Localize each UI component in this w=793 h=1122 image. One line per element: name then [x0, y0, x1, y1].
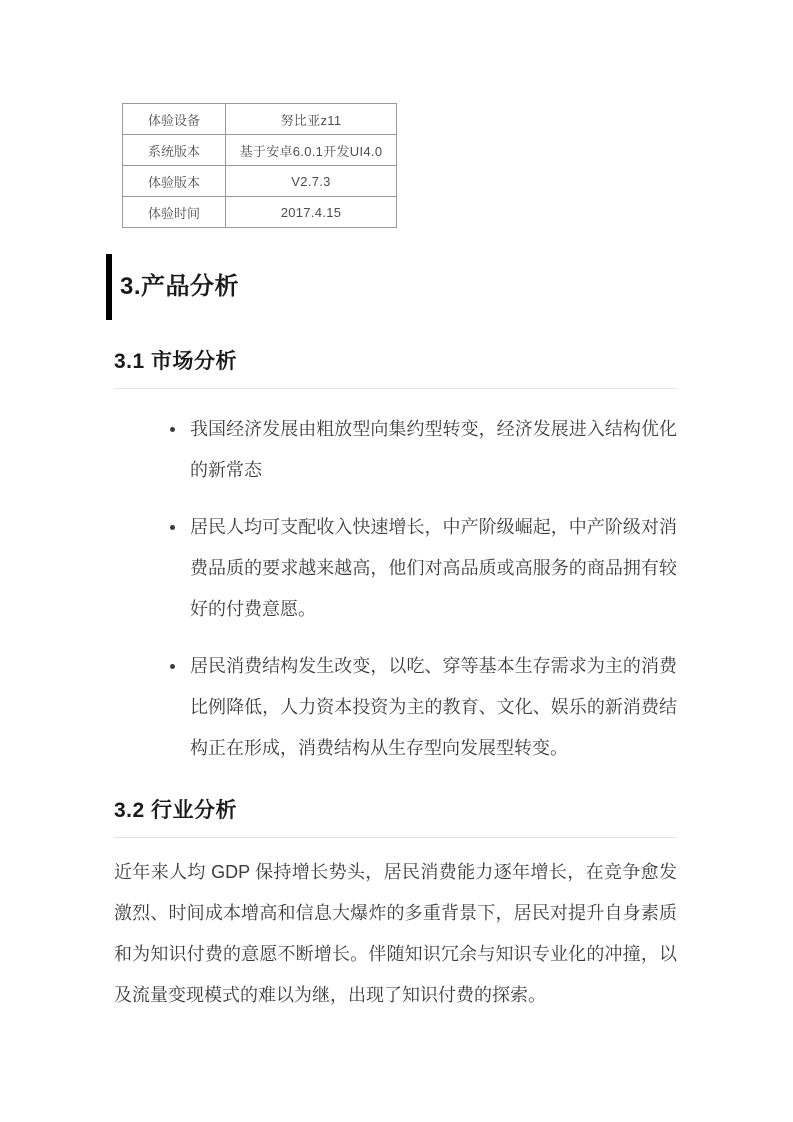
list-item-text: 我国经济发展由粗放型向集约型转变，经济发展进入结构优化的新常态 — [190, 419, 677, 480]
list-item: 居民人均可支配收入快速增长，中产阶级崛起，中产阶级对消费品质的要求越来越高，他们… — [168, 507, 677, 630]
bullet-icon — [170, 664, 175, 669]
table-row-label: 系统版本 — [123, 135, 226, 166]
table-row: 系统版本 基于安卓6.0.1开发UI4.0 — [123, 135, 397, 166]
list-item-text: 居民人均可支配收入快速增长，中产阶级崛起，中产阶级对消费品质的要求越来越高，他们… — [190, 517, 677, 619]
bullet-icon — [170, 427, 175, 432]
heading-accent-bar — [106, 254, 112, 320]
list-item-text: 居民消费结构发生改变，以吃、穿等基本生存需求为主的消费比例降低，人力资本投资为主… — [190, 656, 677, 758]
table-row: 体验设备 努比亚z11 — [123, 104, 397, 135]
table-row-value: V2.7.3 — [226, 166, 397, 197]
list-item: 居民消费结构发生改变，以吃、穿等基本生存需求为主的消费比例降低，人力资本投资为主… — [168, 646, 677, 769]
main-heading: 3.产品分析 — [120, 275, 239, 299]
market-bullet-list: 我国经济发展由粗放型向集约型转变，经济发展进入结构优化的新常态 居民人均可支配收… — [168, 409, 677, 769]
table-row-label: 体验设备 — [123, 104, 226, 135]
market-section-heading: 3.1 市场分析 — [114, 350, 677, 374]
main-heading-block: 3.产品分析 — [106, 254, 677, 320]
device-info-table-body: 体验设备 努比亚z11 系统版本 基于安卓6.0.1开发UI4.0 体验版本 V… — [123, 104, 397, 228]
bullet-icon — [170, 525, 175, 530]
section-divider — [114, 388, 677, 389]
table-row-value: 基于安卓6.0.1开发UI4.0 — [226, 135, 397, 166]
industry-section-heading: 3.2 行业分析 — [114, 799, 677, 823]
table-row-label: 体验版本 — [123, 166, 226, 197]
document-page: 体验设备 努比亚z11 系统版本 基于安卓6.0.1开发UI4.0 体验版本 V… — [0, 0, 793, 1122]
industry-paragraph: 近年来人均 GDP 保持增长势头，居民消费能力逐年增长，在竞争愈发激烈、时间成本… — [114, 852, 677, 1016]
table-row-value: 2017.4.15 — [226, 197, 397, 228]
device-info-table: 体验设备 努比亚z11 系统版本 基于安卓6.0.1开发UI4.0 体验版本 V… — [122, 103, 397, 228]
table-row-value: 努比亚z11 — [226, 104, 397, 135]
table-row: 体验版本 V2.7.3 — [123, 166, 397, 197]
list-item: 我国经济发展由粗放型向集约型转变，经济发展进入结构优化的新常态 — [168, 409, 677, 491]
table-row-label: 体验时间 — [123, 197, 226, 228]
section-divider — [114, 837, 677, 838]
table-row: 体验时间 2017.4.15 — [123, 197, 397, 228]
